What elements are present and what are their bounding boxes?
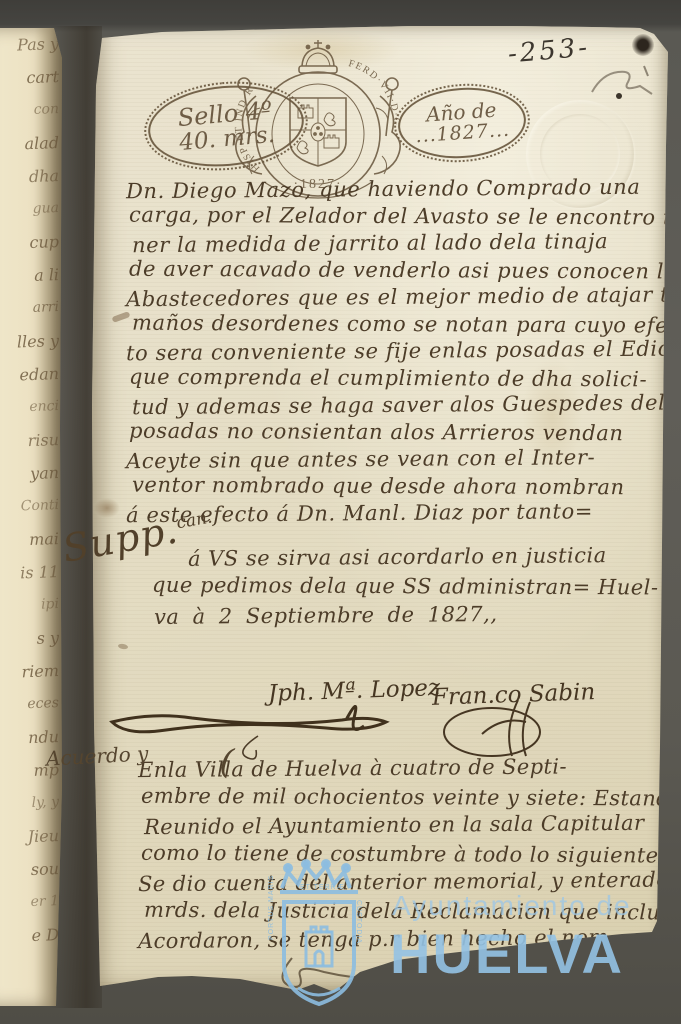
text-line: que pedimos dela que SS administran= Hue…	[152, 571, 606, 602]
text-line: va à 2 Septiembre de 1827,,	[154, 599, 606, 632]
text-line: carga, por el Zelador del Avasto se le e…	[129, 202, 646, 232]
text-line: Aceyte sin que antes se vean con el Inte…	[126, 444, 646, 476]
stamp-band-right-text: FERD·VII·D·G	[347, 58, 401, 126]
text-line: Abastecedores que es el mejor medio de a…	[126, 282, 646, 314]
text-line: tud y ademas se haga saver alos Guespede…	[132, 390, 646, 421]
text-line: Enla Villa de Huelva à cuatro de Septi-	[138, 752, 638, 785]
petition-body-text: Dn. Diego Mazo, que haviendo Comprado un…	[126, 176, 646, 527]
ink-smudge	[94, 498, 120, 518]
text-line: embre de mil ochocientos veinte y siete:…	[141, 781, 638, 812]
svg-text:FERD·VII·D·G: FERD·VII·D·G	[347, 58, 401, 126]
svg-text:HISP·ET IND·R: HISP·ET IND·R	[233, 84, 262, 173]
stamp-band-left-text: HISP·ET IND·R	[233, 84, 262, 173]
suplica-superscript: can.	[175, 507, 214, 533]
scanned-document-scene: Pas ycartconaladdhaguacupa liarrilles ye…	[0, 0, 681, 1024]
text-line: de aver acavado de venderlo asi pues con…	[129, 256, 646, 286]
watermark-ayuntamiento-text: Ayuntamiento de	[392, 890, 632, 922]
huelva-crest-watermark	[272, 858, 368, 1024]
text-line: ventor nombrado que desde ahora nombran	[132, 472, 646, 502]
crest-motto-right: CUSTODIA	[355, 900, 362, 944]
text-line: á VS se sirva asi acordarlo en justicia	[188, 541, 606, 574]
text-line: maños desordenes como se notan para cuyo…	[132, 310, 646, 340]
year-stamp-value: ...1827...	[415, 120, 511, 148]
watermark-huelva-text: HUELVA	[390, 921, 624, 986]
text-line: posadas no consientan alos Arrieros vend…	[129, 418, 646, 448]
text-line: ner la medida de jarrito al lado dela ti…	[132, 228, 646, 259]
text-line: Reunido el Ayuntamiento en la sala Capit…	[144, 809, 638, 842]
crest-motto-left: PORTUS MARIS	[268, 875, 275, 940]
crest-motto-top: ET TERRÆ	[300, 884, 345, 891]
text-line: como lo tiene de costumbre à todo lo sig…	[141, 838, 638, 869]
text-line: que comprenda el cumplimiento de dha sol…	[129, 364, 646, 394]
text-line: to sera conveniente se fije enlas posada…	[126, 336, 646, 368]
ink-speck	[118, 643, 129, 650]
rubric-flourish-left	[108, 690, 408, 760]
text-line: Dn. Diego Mazo, que haviendo Comprado un…	[126, 174, 646, 206]
petition-closing-text: á VS se sirva asi acordarlo en justiciaq…	[166, 543, 606, 630]
